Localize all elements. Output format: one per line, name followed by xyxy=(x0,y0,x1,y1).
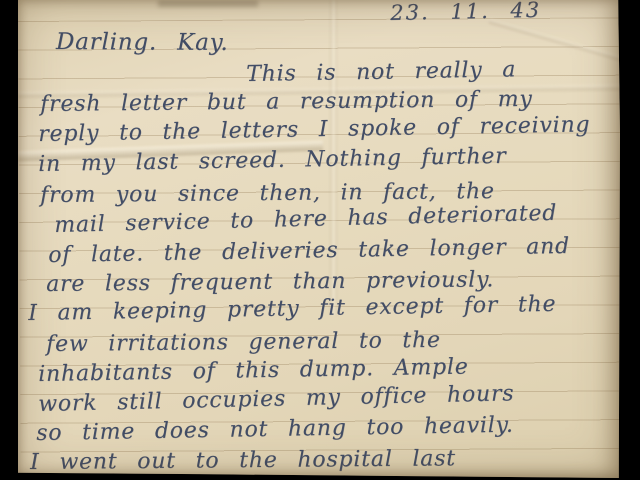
letter-line: This is not really a xyxy=(246,57,516,88)
letter-salutation: Darling. Kay. xyxy=(56,29,229,56)
letter-line: I went out to the hospital last xyxy=(30,446,456,476)
letter-line: few irritations general to the xyxy=(46,328,441,358)
paper-smudge xyxy=(158,0,258,7)
letter-paper: 23. 11. 43 Darling. Kay. This is not rea… xyxy=(18,0,620,478)
letter-line: fresh letter but a resumption of my xyxy=(40,87,533,118)
letter-photo: 23. 11. 43 Darling. Kay. This is not rea… xyxy=(0,0,640,480)
letter-date: 23. 11. 43 xyxy=(390,0,541,26)
